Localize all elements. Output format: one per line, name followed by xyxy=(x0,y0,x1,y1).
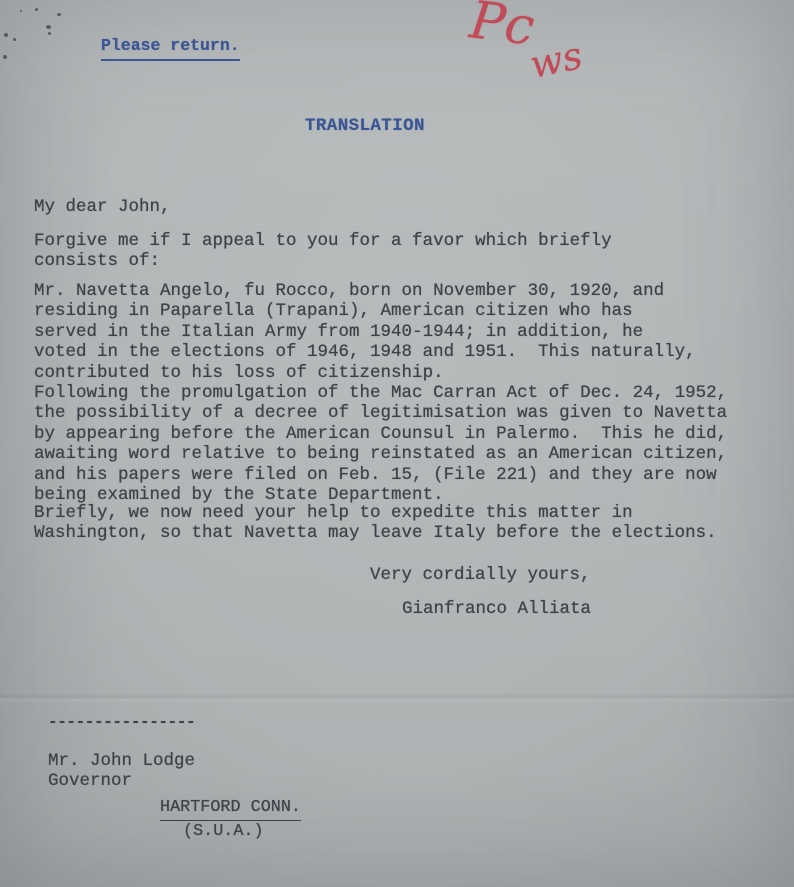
paper-crease xyxy=(0,693,794,702)
ink-speck xyxy=(57,13,61,16)
handwritten-initials-ws: ws xyxy=(526,33,586,87)
ink-speck xyxy=(35,8,38,11)
recipient-title: Governor xyxy=(48,771,132,791)
paragraph-navetta-background: Mr. Navetta Angelo, fu Rocco, born on No… xyxy=(34,281,696,383)
paragraph-request: Briefly, we now need your help to expedi… xyxy=(34,503,717,544)
paragraph-mccarran-act: Following the promulgation of the Mac Ca… xyxy=(34,383,727,505)
recipient-country: (S.U.A.) xyxy=(183,822,264,842)
dashed-separator: ---------------- xyxy=(48,712,195,732)
ink-speck xyxy=(20,10,22,12)
please-return-note: Please return. xyxy=(101,36,240,61)
ink-speck xyxy=(3,55,7,59)
scanned-letter-page: Please return. Pc ws TRANSLATION My dear… xyxy=(0,0,794,887)
letter-title: TRANSLATION xyxy=(305,116,425,136)
recipient-city: HARTFORD CONN. xyxy=(160,798,301,821)
salutation: My dear John, xyxy=(34,197,171,217)
ink-speck xyxy=(13,38,16,41)
closing-line: Very cordially yours, xyxy=(370,565,591,585)
ink-speck xyxy=(46,25,51,29)
recipient-name: Mr. John Lodge xyxy=(48,751,195,771)
ink-speck xyxy=(4,33,8,37)
paragraph-intro: Forgive me if I appeal to you for a favo… xyxy=(34,231,612,272)
ink-speck xyxy=(48,32,51,35)
signature-name: Gianfranco Alliata xyxy=(402,599,591,619)
